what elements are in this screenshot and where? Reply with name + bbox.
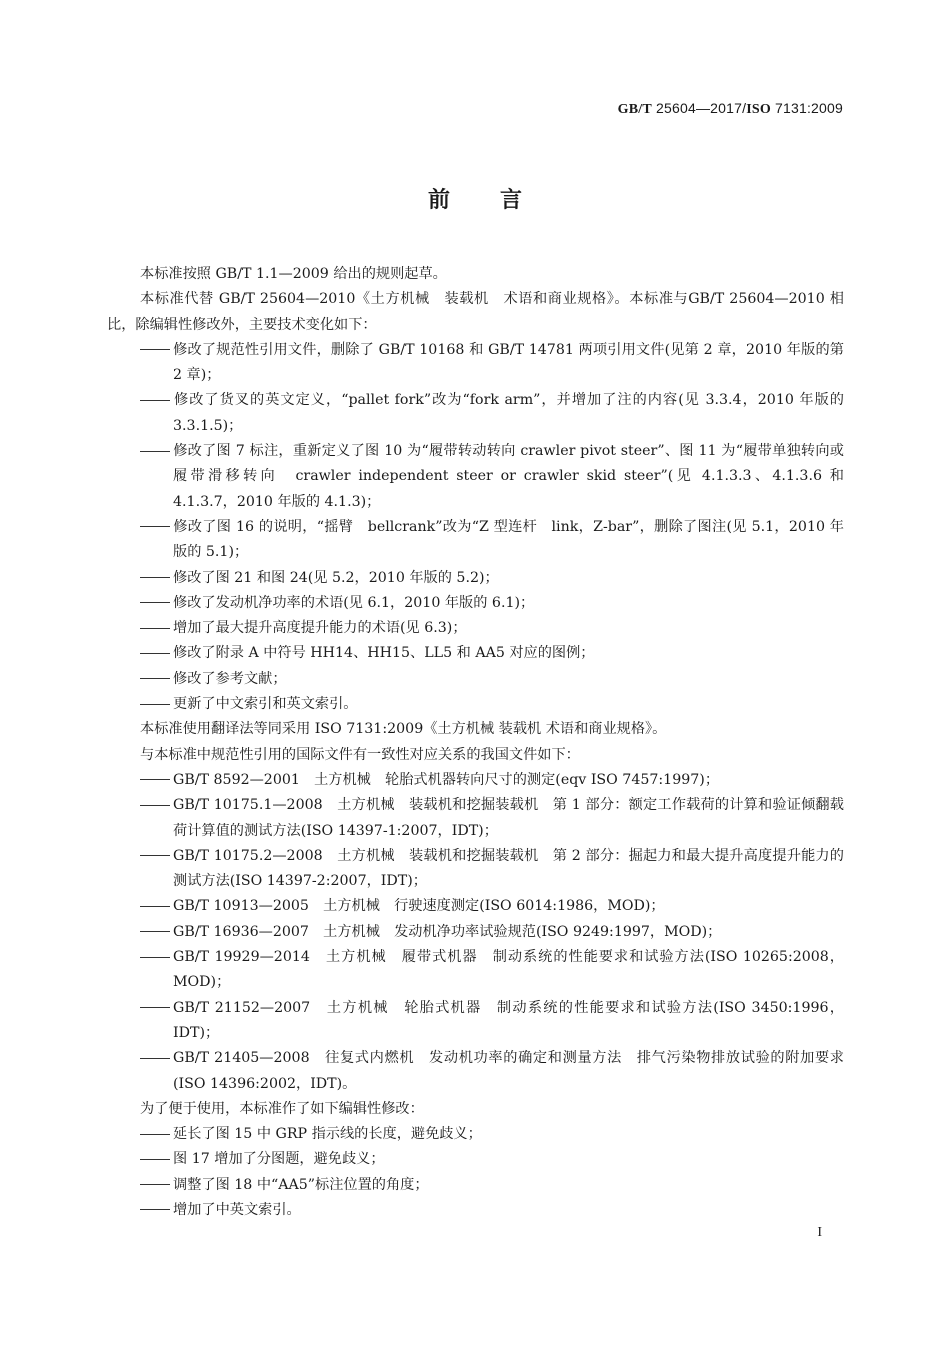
paragraph-replacement: 本标准代替 GB/T 25604—2010《土方机械 装载机 术语和商业规格》。… [107, 287, 844, 338]
list-item: 调整了图 18 中“AA5”标注位置的角度； [107, 1173, 844, 1198]
list-item: GB/T 19929—2014 土方机械 履带式机器 制动系统的性能要求和试验方… [107, 945, 844, 996]
dash-bullet [140, 996, 173, 1021]
code-prefix: GB/T [618, 102, 652, 117]
code-iso-prefix: ISO [746, 102, 771, 117]
paragraph-iso-adoption: 本标准使用翻译法等同采用 ISO 7131:2009《土方机械 装载机 术语和商… [107, 717, 844, 742]
dash-bullet [140, 945, 173, 970]
list-item: 修改了发动机净功率的术语(见 6.1，2010 年版的 6.1)； [107, 591, 844, 616]
list-item: GB/T 21405—2008 往复式内燃机 发动机功率的确定和测量方法 排气污… [107, 1046, 844, 1097]
dash-bullet [140, 1173, 173, 1198]
dash-bullet [140, 1147, 173, 1172]
dash-bullet [140, 768, 173, 793]
list-item: 图 17 增加了分图题，避免歧义； [107, 1147, 844, 1172]
list-item: 延长了图 15 中 GRP 指示线的长度，避免歧义； [107, 1122, 844, 1147]
dash-bullet [140, 1198, 173, 1223]
dash-bullet [140, 616, 173, 641]
dash-bullet [140, 667, 173, 692]
paragraph-reference-intro: 与本标准中规范性引用的国际文件有一致性对应关系的我国文件如下： [107, 743, 844, 768]
dash-bullet [140, 591, 173, 616]
dash-bullet [140, 641, 173, 666]
dash-bullet [140, 1046, 173, 1071]
document-body: 本标准按照 GB/T 1.1—2009 给出的规则起草。 本标准代替 GB/T … [107, 262, 844, 1223]
dash-bullet [140, 1122, 173, 1147]
list-item: 修改了图 16 的说明，“摇臂 bellcrank”改为“Z 型连杆 link，… [107, 515, 844, 566]
list-item: 修改了规范性引用文件，删除了 GB/T 10168 和 GB/T 14781 两… [107, 338, 844, 389]
list-item: 修改了货叉的英文定义，“pallet fork”改为“fork arm”，并增加… [107, 388, 844, 439]
standard-code-header: GB/T 25604—2017/ISO 7131:2009 [618, 100, 843, 118]
reference-list: GB/T 8592—2001 土方机械 轮胎式机器转向尺寸的测定(eqv ISO… [107, 768, 844, 1097]
page-number: I [817, 1225, 822, 1241]
code-main: 25604—2017/ [656, 100, 746, 116]
list-item: 修改了图 21 和图 24(见 5.2，2010 年版的 5.2)； [107, 566, 844, 591]
list-item: 更新了中文索引和英文索引。 [107, 692, 844, 717]
list-item: GB/T 10175.2—2008 土方机械 装载机和挖掘装载机 第 2 部分：… [107, 844, 844, 895]
technical-changes-list: 修改了规范性引用文件，删除了 GB/T 10168 和 GB/T 14781 两… [107, 338, 844, 717]
dash-bullet [140, 515, 173, 540]
list-item: GB/T 10175.1—2008 土方机械 装载机和挖掘装载机 第 1 部分：… [107, 793, 844, 844]
list-item: 修改了附录 A 中符号 HH14、HH15、LL5 和 AA5 对应的图例； [107, 641, 844, 666]
paragraph-drafting-rules: 本标准按照 GB/T 1.1—2009 给出的规则起草。 [107, 262, 844, 287]
dash-bullet [140, 439, 173, 464]
dash-bullet [140, 894, 173, 919]
dash-bullet [140, 692, 173, 717]
list-item: GB/T 16936—2007 土方机械 发动机净功率试验规范(ISO 9249… [107, 920, 844, 945]
list-item: GB/T 21152—2007 土方机械 轮胎式机器 制动系统的性能要求和试验方… [107, 996, 844, 1047]
list-item: 修改了参考文献； [107, 667, 844, 692]
dash-bullet [140, 793, 173, 818]
dash-bullet [140, 844, 173, 869]
dash-bullet [140, 920, 173, 945]
list-item: GB/T 8592—2001 土方机械 轮胎式机器转向尺寸的测定(eqv ISO… [107, 768, 844, 793]
list-item: GB/T 10913—2005 土方机械 行驶速度测定(ISO 6014:198… [107, 894, 844, 919]
dash-bullet [140, 388, 173, 413]
list-item: 增加了中英文索引。 [107, 1198, 844, 1223]
dash-bullet [140, 566, 173, 591]
editorial-changes-list: 延长了图 15 中 GRP 指示线的长度，避免歧义； 图 17 增加了分图题，避… [107, 1122, 844, 1223]
code-iso: 7131:2009 [775, 100, 843, 116]
list-item: 修改了图 7 标注，重新定义了图 10 为“履带转动转向 crawler piv… [107, 439, 844, 515]
page-title: 前言 [0, 183, 950, 214]
paragraph-editorial-intro: 为了便于使用，本标准作了如下编辑性修改： [107, 1097, 844, 1122]
list-item: 增加了最大提升高度提升能力的术语(见 6.3)； [107, 616, 844, 641]
dash-bullet [140, 338, 173, 363]
